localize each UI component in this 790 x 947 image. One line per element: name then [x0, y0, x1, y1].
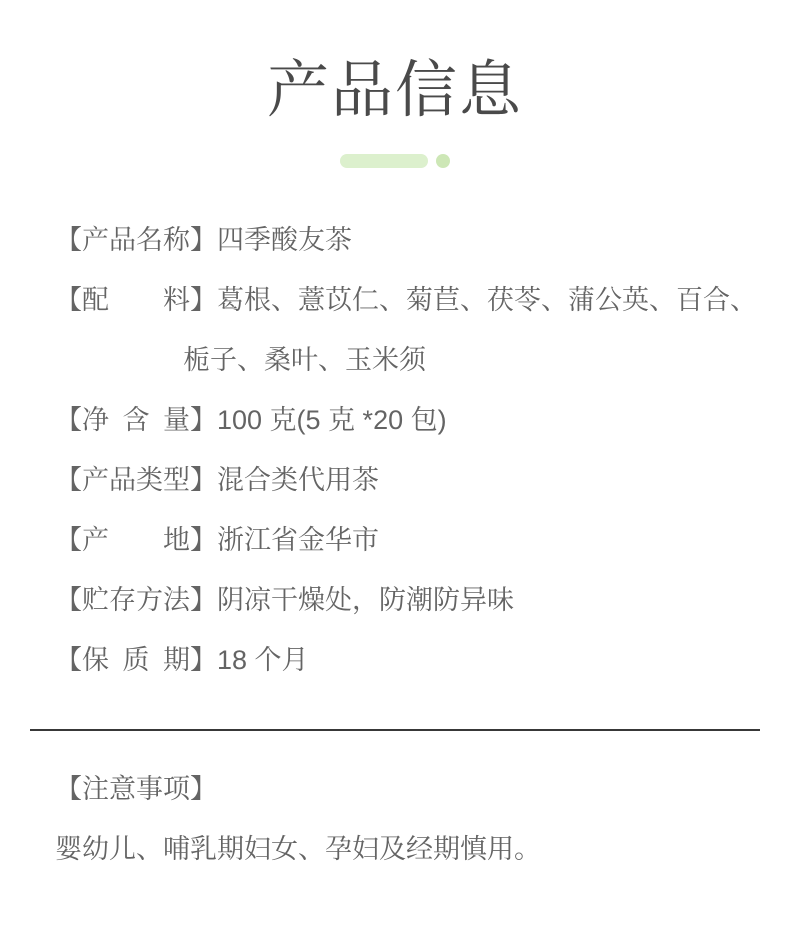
info-label: 产品类型 [82, 464, 190, 497]
bracket-open: 【 [55, 465, 82, 495]
info-row-product-type: 【产品类型】混合类代用茶 [55, 464, 750, 497]
notes-text: 婴幼儿、哺乳期妇女、孕妇及经期慎用。 [55, 833, 750, 866]
info-value-continuation: 栀子、桑叶、玉米须 [183, 345, 426, 375]
info-row-ingredients-continuation: 栀子、桑叶、玉米须 [55, 344, 750, 377]
notes-section: 【注意事项】 婴幼儿、哺乳期妇女、孕妇及经期慎用。 [0, 773, 790, 866]
section-divider [30, 729, 760, 731]
bracket-close: 】 [190, 645, 217, 675]
info-label: 贮存方法 [82, 584, 190, 617]
info-label: 产地 [82, 524, 190, 557]
info-value: 混合类代用茶 [217, 465, 379, 495]
bracket-open: 【 [55, 645, 82, 675]
bracket-close: 】 [190, 465, 217, 495]
bracket-close: 】 [190, 405, 217, 435]
title-underline-decoration [0, 154, 790, 168]
notes-heading: 【注意事项】 [55, 773, 750, 806]
info-label: 配料 [82, 284, 190, 317]
info-value: 100 克(5 克 *20 包) [217, 405, 447, 435]
info-label: 产品名称 [82, 224, 190, 257]
info-row-product-name: 【产品名称】四季酸友茶 [55, 224, 750, 257]
product-info-list: 【产品名称】四季酸友茶 【配料】葛根、薏苡仁、菊苣、茯苓、蒲公英、百合、 栀子、… [0, 224, 790, 677]
product-info-page: 产品信息 【产品名称】四季酸友茶 【配料】葛根、薏苡仁、菊苣、茯苓、蒲公英、百合… [0, 0, 790, 947]
info-row-net-weight: 【净含量】100 克(5 克 *20 包) [55, 404, 750, 437]
info-row-storage: 【贮存方法】阴凉干燥处，防潮防异味 [55, 584, 750, 617]
bracket-open: 【 [55, 585, 82, 615]
info-value: 18 个月 [217, 645, 309, 675]
info-row-ingredients: 【配料】葛根、薏苡仁、菊苣、茯苓、蒲公英、百合、 [55, 284, 750, 317]
info-row-shelf-life: 【保质期】18 个月 [55, 644, 750, 677]
page-title: 产品信息 [0, 0, 790, 130]
info-value: 葛根、薏苡仁、菊苣、茯苓、蒲公英、百合、 [217, 285, 757, 315]
bracket-open: 【 [55, 525, 82, 555]
bracket-open: 【 [55, 225, 82, 255]
info-row-origin: 【产地】浙江省金华市 [55, 524, 750, 557]
info-value: 阴凉干燥处，防潮防异味 [217, 585, 514, 615]
underline-bar [340, 154, 428, 168]
bracket-close: 】 [190, 525, 217, 555]
bracket-open: 【 [55, 285, 82, 315]
bracket-close: 】 [190, 225, 217, 255]
info-value: 四季酸友茶 [217, 225, 352, 255]
info-label: 保质期 [82, 644, 190, 677]
info-label: 净含量 [82, 404, 190, 437]
info-value: 浙江省金华市 [217, 525, 379, 555]
underline-dot [436, 154, 450, 168]
bracket-close: 】 [190, 585, 217, 615]
bracket-close: 】 [190, 285, 217, 315]
bracket-open: 【 [55, 405, 82, 435]
